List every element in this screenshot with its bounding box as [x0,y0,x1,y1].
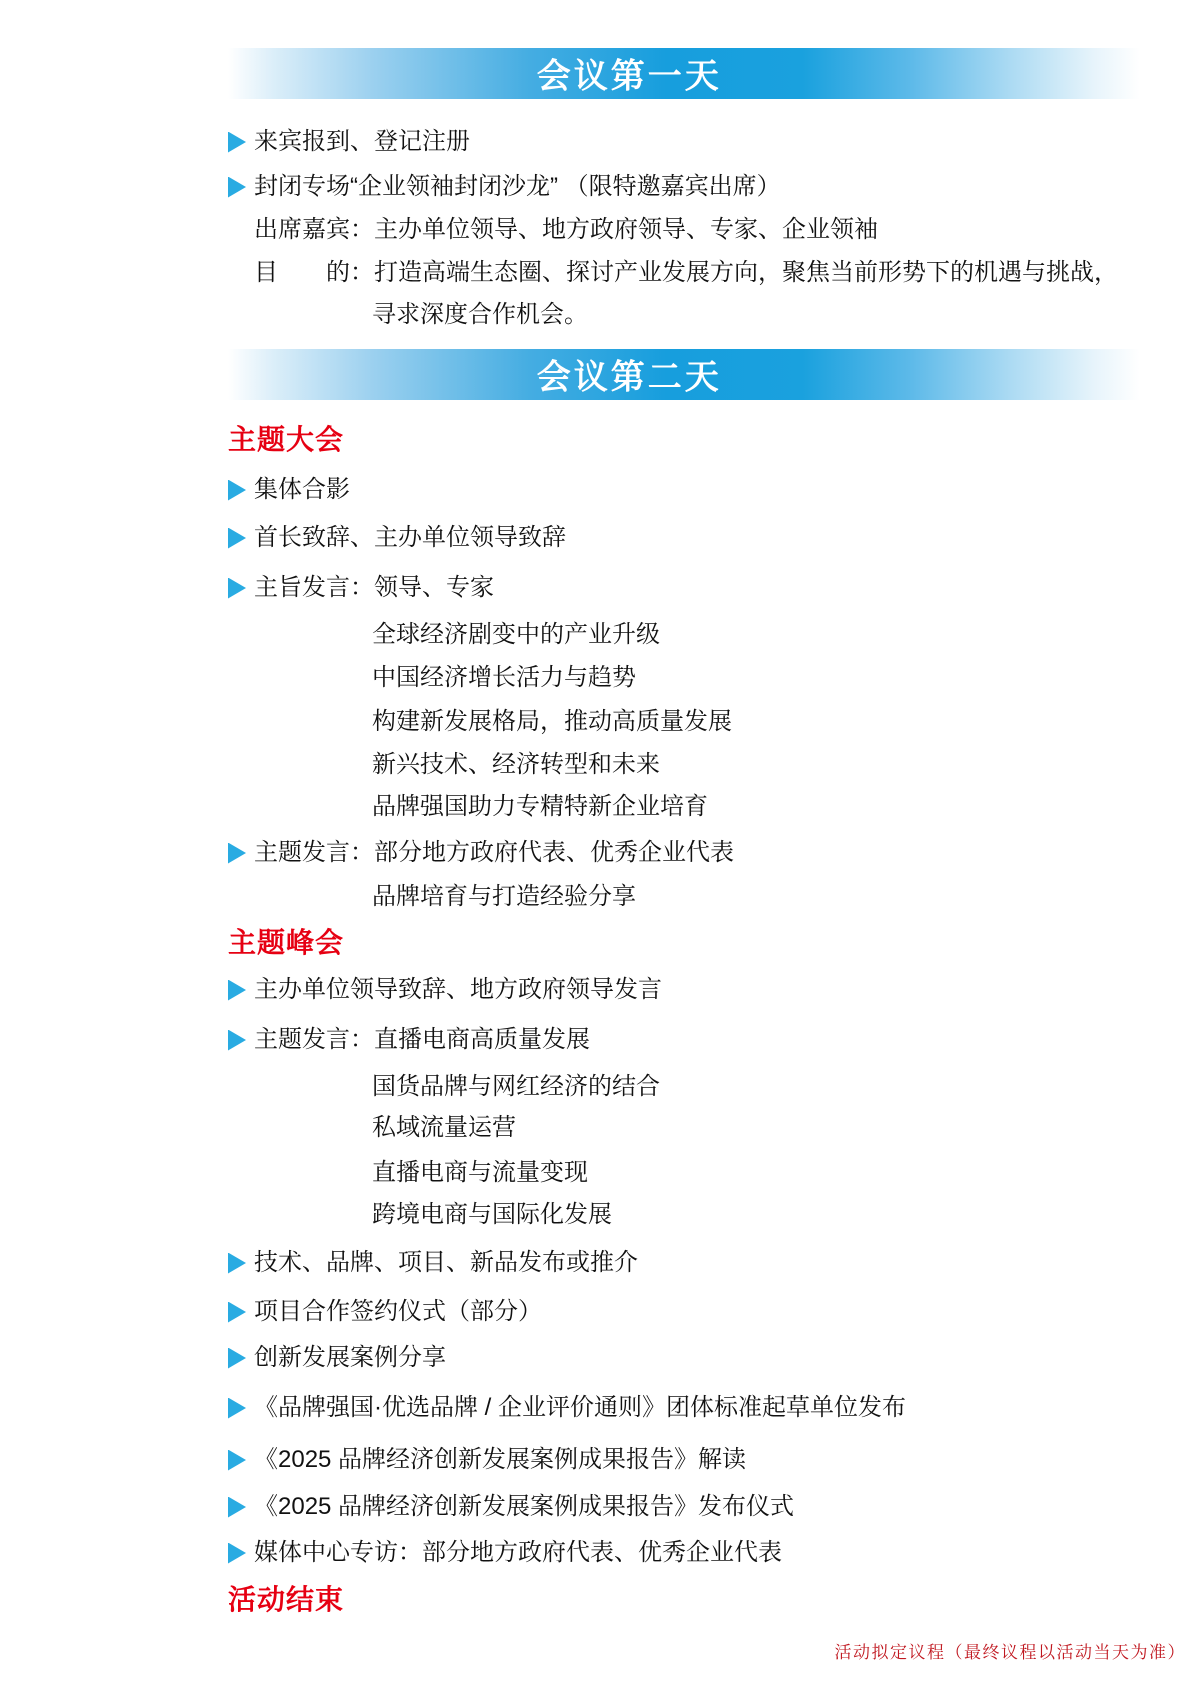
agenda-item-text: 封闭专场“企业领袖封闭沙龙” （限特邀嘉宾出席） [254,170,781,204]
topic-text: 新兴技术、经济转型和未来 [372,748,660,782]
detail-label: 出席嘉宾： [254,213,374,247]
agenda-item-report-launch: 《2025 品牌经济创新发展案例成果报告》发布仪式 [228,1490,794,1524]
topic-text: 直播电商与流量变现 [372,1156,588,1190]
agenda-item-text: 来宾报到、登记注册 [254,125,470,159]
day1-banner: 会议第一天 [228,48,1140,99]
agenda-detail-purpose-cont: 寻求深度合作机会。 [372,298,588,332]
keynote-topic: 品牌强国助力专精特新企业培育 [372,790,708,824]
agenda-item-report-reading: 《2025 品牌经济创新发展案例成果报告》解读 [228,1443,746,1477]
agenda-item-label: 主题发言： [254,1023,374,1057]
topic-text: 品牌培育与打造经验分享 [372,880,636,914]
topic-text: 构建新发展格局，推动高质量发展 [372,705,732,739]
agenda-item-registration: 来宾报到、登记注册 [228,125,470,159]
agenda-item-launch: 技术、品牌、项目、新品发布或推介 [228,1246,638,1280]
section-heading-summit: 主题峰会 [228,923,344,963]
topic-text: 品牌强国助力专精特新企业培育 [372,790,708,824]
triangle-bullet-icon [228,1030,246,1051]
agenda-item-closed-salon: 封闭专场“企业领袖封闭沙龙” （限特邀嘉宾出席） [228,170,781,204]
agenda-item-label: 主题发言： [254,836,374,870]
triangle-bullet-icon [228,132,246,153]
agenda-item-media-interview: 媒体中心专访：部分地方政府代表、优秀企业代表 [228,1536,782,1570]
day2-banner: 会议第二天 [228,349,1140,400]
topic-text: 国货品牌与网红经济的结合 [372,1070,660,1104]
agenda-item-keynote: 主旨发言：领导、专家 [228,571,494,605]
day2-banner-title: 会议第二天 [537,349,722,398]
triangle-bullet-icon [228,1543,246,1564]
keynote-topic: 中国经济增长活力与趋势 [372,661,636,695]
triangle-bullet-icon [228,1302,246,1323]
triangle-bullet-icon [228,578,246,599]
agenda-detail-guests: 出席嘉宾：主办单位领导、地方政府领导、专家、企业领袖 [254,213,878,247]
summit-topic: 跨境电商与国际化发展 [372,1198,612,1232]
triangle-bullet-icon [228,177,246,198]
agenda-item-theme-speech: 主题发言：部分地方政府代表、优秀企业代表 [228,836,734,870]
agenda-item-summit-opening: 主办单位领导致辞、地方政府领导发言 [228,973,662,1007]
detail-text: 主办单位领导、地方政府领导、专家、企业领袖 [374,213,878,247]
agenda-item-text: 集体合影 [254,473,350,507]
agenda-item-opening-speeches: 首长致辞、主办单位领导致辞 [228,521,566,555]
agenda-item-text: 创新发展案例分享 [254,1341,446,1375]
agenda-item-label: 主旨发言： [254,571,374,605]
triangle-bullet-icon [228,1450,246,1471]
agenda-item-standard: 《品牌强国·优选品牌 / 企业评价通则》团体标准起草单位发布 [228,1391,906,1425]
summit-topic: 私域流量运营 [372,1111,516,1145]
agenda-item-text: 《2025 品牌经济创新发展案例成果报告》发布仪式 [254,1490,794,1524]
triangle-bullet-icon [228,480,246,501]
agenda-item-text: 领导、专家 [374,571,494,605]
section-heading-closing: 活动结束 [228,1580,344,1620]
agenda-detail-purpose: 目 的：打造高端生态圈、探讨产业发展方向，聚焦当前形势下的机遇与挑战， [254,256,1118,290]
summit-topic: 直播电商与流量变现 [372,1156,588,1190]
agenda-item-text: 主办单位领导致辞、地方政府领导发言 [254,973,662,1007]
agenda-item-text: 项目合作签约仪式（部分） [254,1295,542,1329]
agenda-item-summit-theme: 主题发言：直播电商高质量发展 [228,1023,590,1057]
keynote-topic: 全球经济剧变中的产业升级 [372,618,660,652]
agenda-item-signing: 项目合作签约仪式（部分） [228,1295,542,1329]
agenda-item-text: 技术、品牌、项目、新品发布或推介 [254,1246,638,1280]
agenda-note: 活动拟定议程（最终议程以活动当天为准） [835,1638,1187,1663]
agenda-item-label: 媒体中心专访： [254,1536,422,1570]
topic-text: 私域流量运营 [372,1111,516,1145]
detail-text: 打造高端生态圈、探讨产业发展方向，聚焦当前形势下的机遇与挑战， [374,256,1118,290]
agenda-item-group-photo: 集体合影 [228,473,350,507]
agenda-item-cases: 创新发展案例分享 [228,1341,446,1375]
triangle-bullet-icon [228,1398,246,1419]
keynote-topic: 新兴技术、经济转型和未来 [372,748,660,782]
topic-text: 全球经济剧变中的产业升级 [372,618,660,652]
detail-label: 目 的： [254,256,374,290]
topic-text: 中国经济增长活力与趋势 [372,661,636,695]
agenda-page: 会议第一天 来宾报到、登记注册 封闭专场“企业领袖封闭沙龙” （限特邀嘉宾出席）… [0,0,1200,1700]
section-heading-conference: 主题大会 [228,420,344,460]
detail-text: 寻求深度合作机会。 [372,298,588,332]
triangle-bullet-icon [228,1348,246,1369]
agenda-item-text: 《2025 品牌经济创新发展案例成果报告》解读 [254,1443,746,1477]
agenda-item-text: 首长致辞、主办单位领导致辞 [254,521,566,555]
triangle-bullet-icon [228,1253,246,1274]
summit-topic: 国货品牌与网红经济的结合 [372,1070,660,1104]
triangle-bullet-icon [228,528,246,549]
triangle-bullet-icon [228,843,246,864]
triangle-bullet-icon [228,980,246,1001]
agenda-item-text: 部分地方政府代表、优秀企业代表 [422,1536,782,1570]
theme-topic: 品牌培育与打造经验分享 [372,880,636,914]
agenda-item-text: 部分地方政府代表、优秀企业代表 [374,836,734,870]
topic-text: 跨境电商与国际化发展 [372,1198,612,1232]
keynote-topic: 构建新发展格局，推动高质量发展 [372,705,732,739]
agenda-item-text: 直播电商高质量发展 [374,1023,590,1057]
day1-banner-title: 会议第一天 [537,48,722,97]
triangle-bullet-icon [228,1497,246,1518]
agenda-item-text: 《品牌强国·优选品牌 / 企业评价通则》团体标准起草单位发布 [254,1391,906,1425]
